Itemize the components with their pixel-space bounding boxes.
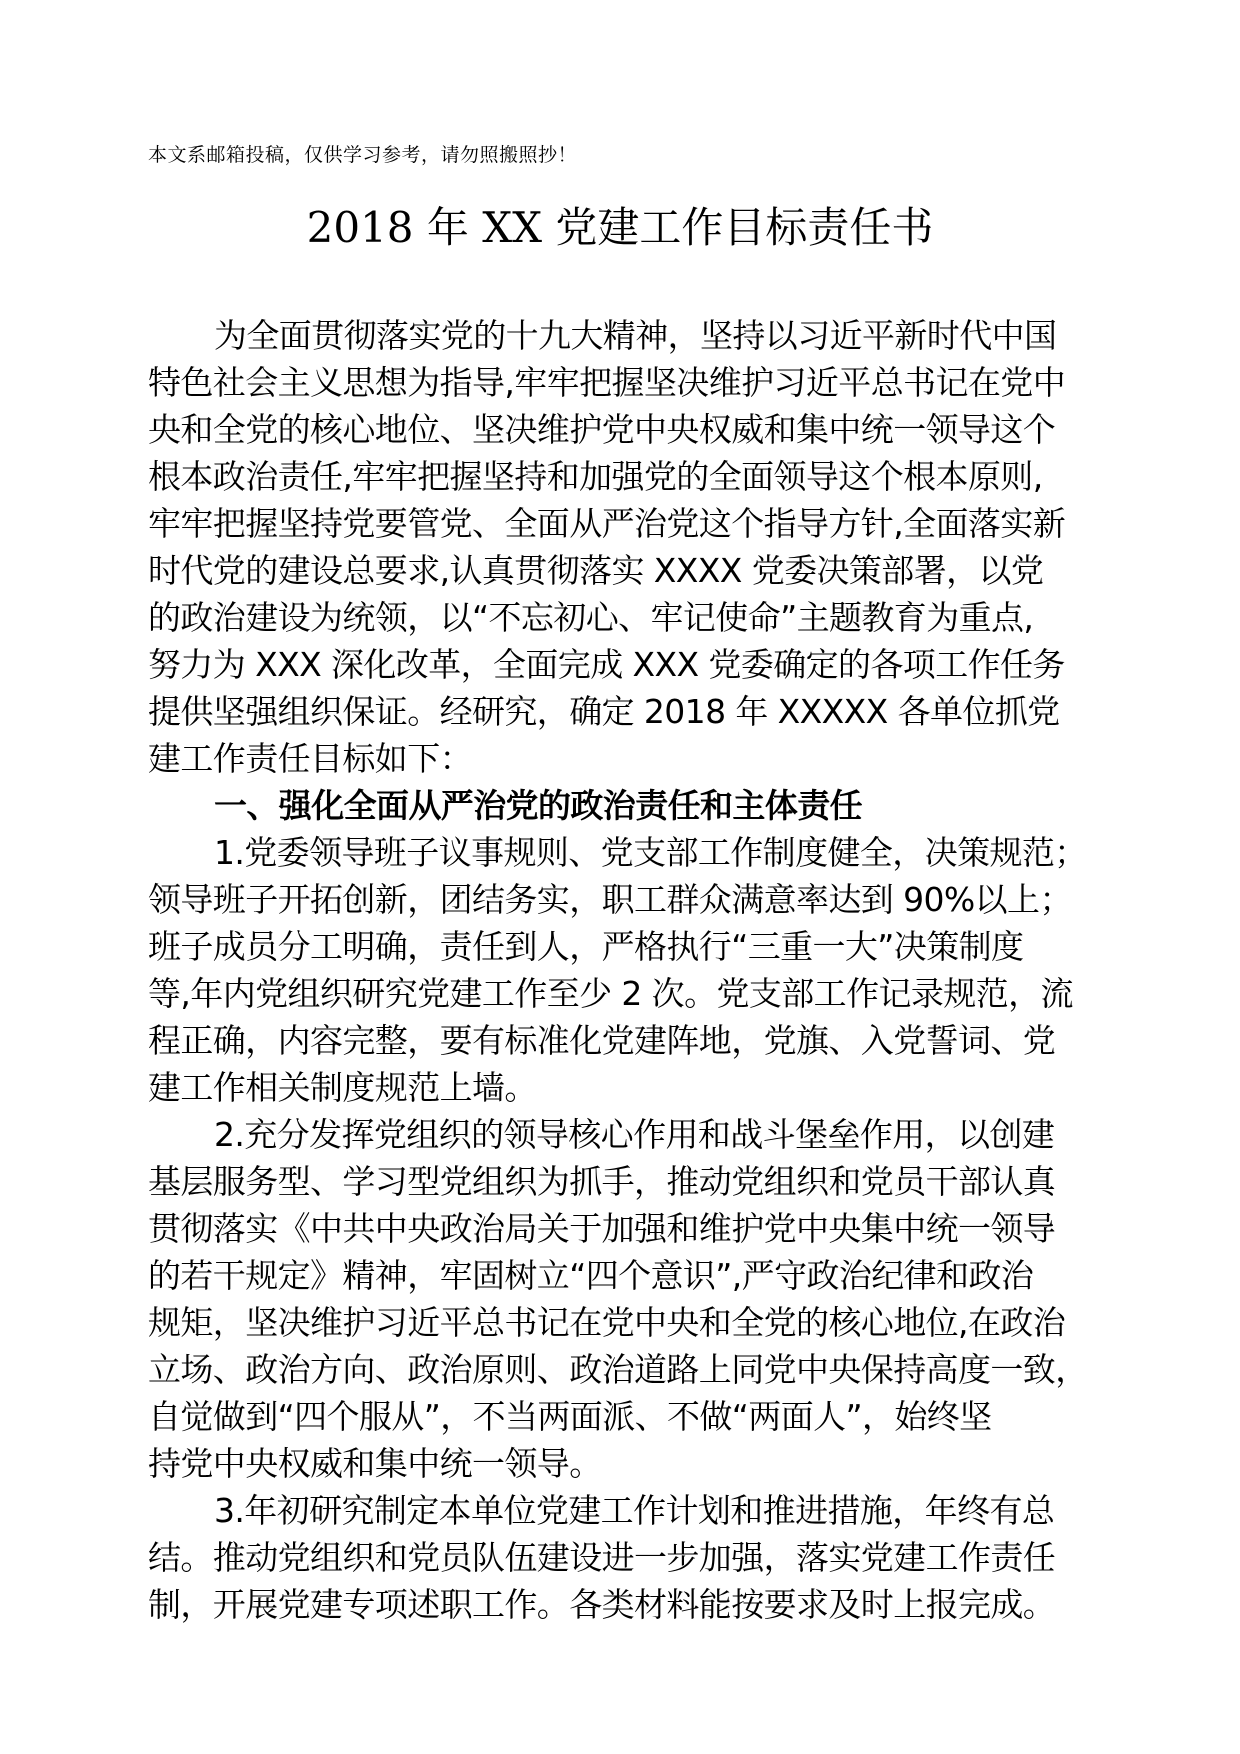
item-2-line: 持党中央权威和集中统一领导。 <box>148 1440 1108 1487</box>
item-1-line: 1.党委领导班子议事规则、党支部工作制度健全，决策规范； <box>148 829 1108 876</box>
item-2-line: 2.充分发挥党组织的领导核心作用和战斗堡垒作用，以创建 <box>148 1111 1108 1158</box>
paragraph-intro-line: 建工作责任目标如下： <box>148 735 1108 782</box>
item-1-line: 领导班子开拓创新，团结务实，职工群众满意率达到 90%以上； <box>148 876 1108 923</box>
header-note: 本文系邮箱投稿，仅供学习参考，请勿照搬照抄！ <box>148 140 577 167</box>
document-body: 为全面贯彻落实党的十九大精神，坚持以习近平新时代中国 特色社会主义思想为指导,牢… <box>148 312 1108 1628</box>
document-page: 本文系邮箱投稿，仅供学习参考，请勿照搬照抄！ 2018 年 XX 党建工作目标责… <box>0 0 1240 1754</box>
paragraph-intro-line: 牢牢把握坚持党要管党、全面从严治党这个指导方针,全面落实新 <box>148 500 1108 547</box>
item-3-line: 3.年初研究制定本单位党建工作计划和推进措施，年终有总 <box>148 1487 1108 1534</box>
paragraph-intro-line: 时代党的建设总要求,认真贯彻落实 XXXX 党委决策部署，以党 <box>148 547 1108 594</box>
item-1-line: 程正确，内容完整，要有标准化党建阵地，党旗、入党誓词、党 <box>148 1017 1108 1064</box>
paragraph-intro-line: 特色社会主义思想为指导,牢牢把握坚决维护习近平总书记在党中 <box>148 359 1108 406</box>
item-1-line: 建工作相关制度规范上墙。 <box>148 1064 1108 1111</box>
item-1-line: 等,年内党组织研究党建工作至少 2 次。党支部工作记录规范，流 <box>148 970 1108 1017</box>
paragraph-intro-line: 央和全党的核心地位、坚决维护党中央权威和集中统一领导这个 <box>148 406 1108 453</box>
paragraph-intro-line: 努力为 XXX 深化改革，全面完成 XXX 党委确定的各项工作任务 <box>148 641 1108 688</box>
item-2-line: 基层服务型、学习型党组织为抓手，推动党组织和党员干部认真 <box>148 1158 1108 1205</box>
item-1-line: 班子成员分工明确，责任到人，严格执行“三重一大”决策制度 <box>148 923 1108 970</box>
paragraph-intro-line: 为全面贯彻落实党的十九大精神，坚持以习近平新时代中国 <box>148 312 1108 359</box>
item-3-line: 制，开展党建专项述职工作。各类材料能按要求及时上报完成。 <box>148 1581 1108 1628</box>
item-3-line: 结。推动党组织和党员队伍建设进一步加强，落实党建工作责任 <box>148 1534 1108 1581</box>
item-2-line: 立场、政治方向、政治原则、政治道路上同党中央保持高度一致， <box>148 1346 1108 1393</box>
item-2-line: 自觉做到“四个服从”，不当两面派、不做“两面人”，始终坚 <box>148 1393 1108 1440</box>
document-title: 2018 年 XX 党建工作目标责任书 <box>0 195 1240 255</box>
item-2-line: 规矩，坚决维护习近平总书记在党中央和全党的核心地位,在政治 <box>148 1299 1108 1346</box>
paragraph-intro-line: 提供坚强组织保证。经研究，确定 2018 年 XXXXX 各单位抓党 <box>148 688 1108 735</box>
paragraph-intro-line: 根本政治责任,牢牢把握坚持和加强党的全面领导这个根本原则, <box>148 453 1108 500</box>
section-heading: 一、强化全面从严治党的政治责任和主体责任 <box>148 782 1108 829</box>
item-2-line: 的若干规定》精神，牢固树立“四个意识”,严守政治纪律和政治 <box>148 1252 1108 1299</box>
item-2-line: 贯彻落实《中共中央政治局关于加强和维护党中央集中统一领导 <box>148 1205 1108 1252</box>
paragraph-intro-line: 的政治建设为统领，以“不忘初心、牢记使命”主题教育为重点, <box>148 594 1108 641</box>
